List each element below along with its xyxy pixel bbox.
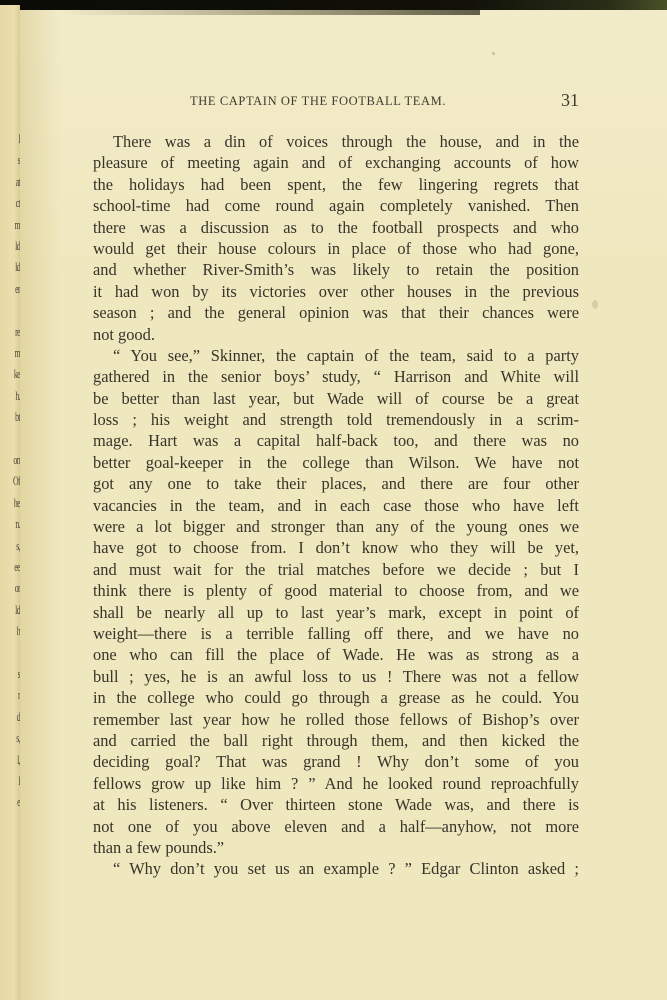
text-line: pleasure of meeting again and of exchang…: [93, 152, 579, 173]
bleed-fragment: ld: [8, 599, 20, 620]
text-line: and carried the ball right through them,…: [93, 730, 579, 751]
text-line: would get their house colours in place o…: [93, 238, 579, 259]
scanned-book-page: lsatctmldlderremkeh.btonOfhen.s,eeorldhs…: [0, 0, 667, 1000]
running-head: THE CAPTAIN OF THE FOOTBALL TEAM.: [190, 94, 446, 109]
bleed-fragment: bt: [8, 406, 20, 427]
bleed-fragment: ct: [8, 192, 20, 213]
text-line: think there is plenty of good material t…: [93, 580, 579, 601]
scanner-top-edge: [0, 0, 667, 10]
bleed-fragment: ld: [8, 235, 20, 256]
bleed-fragment: l: [8, 128, 20, 149]
paper-speck: [592, 300, 598, 309]
text-line: not good.: [93, 324, 579, 345]
bleed-fragment: s,: [8, 535, 20, 556]
paper-speck: [492, 52, 495, 55]
text-line: loss ; his weight and strength told trem…: [93, 409, 579, 430]
bleed-fragment: s,: [8, 727, 20, 748]
bleed-fragment: on: [8, 449, 20, 470]
bleed-fragment: s: [8, 149, 20, 170]
book-page: THE CAPTAIN OF THE FOOTBALL TEAM. 31 The…: [20, 10, 667, 1000]
text-line: weight—there is a terrible falling off t…: [93, 623, 579, 644]
bleed-fragment: h: [8, 620, 20, 641]
text-line: it had won by its victories over other h…: [93, 281, 579, 302]
text-line: in the college who could go through a gr…: [93, 687, 579, 708]
bleed-fragment: e: [8, 791, 20, 812]
bleed-fragment: Of: [8, 470, 20, 491]
bleed-fragment: he: [8, 492, 20, 513]
text-line: deciding goal? That was grand ! Why don’…: [93, 751, 579, 772]
text-line: season ; and the general opinion was tha…: [93, 302, 579, 323]
bleed-fragment: s: [8, 663, 20, 684]
text-line: school-time had come round again complet…: [93, 195, 579, 216]
text-line: at his listeners. “ Over thirteen stone …: [93, 794, 579, 815]
bleed-fragment: ke: [8, 363, 20, 384]
text-line: gathered in the senior boys’ study, “ Ha…: [93, 366, 579, 387]
bleed-fragment: er: [8, 278, 20, 299]
text-line: and whether River-Smith’s was likely to …: [93, 259, 579, 280]
text-line: got any one to take their places, and th…: [93, 473, 579, 494]
text-line: shall be nearly all up to last year’s ma…: [93, 602, 579, 623]
bleed-fragment: l,: [8, 749, 20, 770]
bleed-fragment: m: [8, 342, 20, 363]
bleed-fragment: d: [8, 706, 20, 727]
text-line: there was a discussion as to the footbal…: [93, 217, 579, 238]
text-line: “ Why don’t you set us an example ? ” Ed…: [93, 858, 579, 879]
page-top-shadow: [60, 10, 480, 15]
text-line: There was a din of voices through the ho…: [93, 131, 579, 152]
text-line: one who can fill the place of Wade. He w…: [93, 644, 579, 665]
bleed-fragment: or: [8, 577, 20, 598]
bleed-fragment: h.: [8, 385, 20, 406]
text-line: vacancies in the team, and in each case …: [93, 495, 579, 516]
text-line: the holidays had been spent, the few lin…: [93, 174, 579, 195]
text-line: bull ; yes, he is an awful loss to us ! …: [93, 666, 579, 687]
bleed-fragment: at: [8, 171, 20, 192]
bleed-fragment: m: [8, 214, 20, 235]
bleed-fragment: n.: [8, 513, 20, 534]
text-line: better goal-keeper in the college than W…: [93, 452, 579, 473]
page-number: 31: [561, 90, 579, 111]
text-line: remember last year how he rolled those f…: [93, 709, 579, 730]
previous-page-edge: lsatctmldlderremkeh.btonOfhen.s,eeorldhs…: [0, 5, 20, 1000]
text-line: have got to choose from. I don’t know wh…: [93, 537, 579, 558]
text-line: not one of you above eleven and a half—a…: [93, 816, 579, 837]
text-line: mage. Hart was a capital half-back too, …: [93, 430, 579, 451]
body-text: There was a din of voices through the ho…: [93, 131, 579, 880]
bleed-fragment: r: [8, 684, 20, 705]
text-line: than a few pounds.”: [93, 837, 579, 858]
bleed-fragment: ee: [8, 556, 20, 577]
text-line: be better than last year, but Wade will …: [93, 388, 579, 409]
text-line: “ You see,” Skinner, the captain of the …: [93, 345, 579, 366]
text-line: fellows grow up like him ? ” And he look…: [93, 773, 579, 794]
bleed-fragment: ld: [8, 256, 20, 277]
bleed-fragment: re: [8, 321, 20, 342]
bleed-fragment: l: [8, 770, 20, 791]
text-line: were a lot bigger and stronger than any …: [93, 516, 579, 537]
text-line: and must wait for the trial matches befo…: [93, 559, 579, 580]
